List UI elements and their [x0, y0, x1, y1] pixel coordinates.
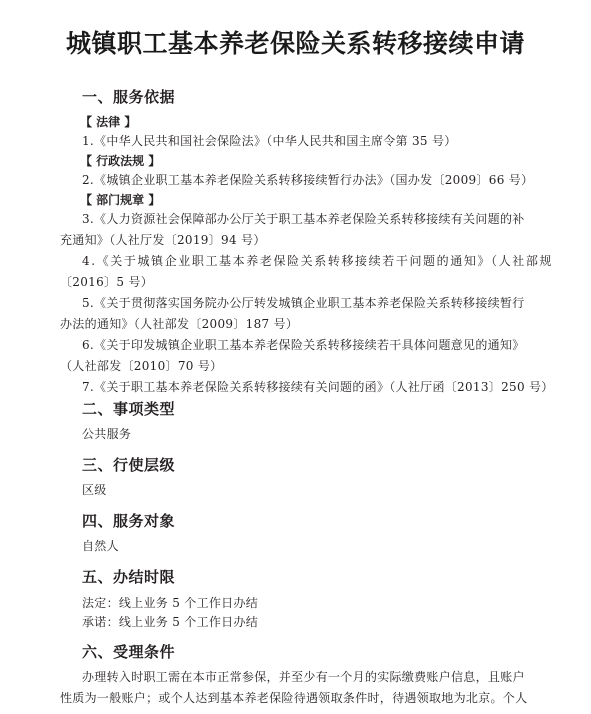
section-heading-acceptance-conditions: 六、受理条件 [82, 641, 175, 662]
section-heading-item-type: 二、事项类型 [82, 398, 175, 419]
basis-item-1: 1.《中华人民共和国社会保险法》（中华人民共和国主席令第 35 号） [82, 132, 457, 149]
item-type-value: 公共服务 [82, 425, 131, 442]
category-tag-law: 【 法律 】 [80, 113, 136, 130]
basis-item-6-line1: 6.《关于印发城镇企业职工基本养老保险关系转移接续若干具体问题意见的通知》 [82, 336, 525, 353]
basis-item-2: 2.《城镇企业职工基本养老保险关系转移接续暂行办法》（国办发〔2009〕66 号… [82, 171, 533, 188]
basis-item-6-line2: （人社部发〔2010〕70 号） [60, 357, 222, 374]
acceptance-conditions-line2: 性质为一般账户；或个人达到基本养老保险待遇领取条件时，待遇领取地为北京。个人 [60, 689, 527, 706]
basis-item-4-line1: 4.《关于城镇企业职工基本养老保险关系转移接续若干问题的通知》（人社部规 [82, 252, 553, 269]
section-heading-service-basis: 一、服务依据 [82, 86, 175, 107]
acceptance-conditions-line1: 办理转入时职工需在本市正常参保，并至少有一个月的实际缴费账户信息，且账户 [82, 668, 525, 685]
service-target-value: 自然人 [82, 537, 119, 554]
basis-item-3-line1: 3.《人力资源社会保障部办公厅关于职工基本养老保险关系转移接续有关问题的补 [82, 210, 525, 227]
basis-item-5-line2: 办法的通知》（人社部发〔2009〕187 号） [60, 315, 298, 332]
basis-item-3-line2: 充通知》（人社厅发〔2019〕94 号） [60, 231, 266, 248]
section-heading-processing-time: 五、办结时限 [82, 566, 175, 587]
document-page: 城镇职工基本养老保险关系转移接续申请 一、服务依据 【 法律 】 1.《中华人民… [0, 0, 591, 714]
document-title: 城镇职工基本养老保险关系转移接续申请 [0, 24, 591, 60]
basis-item-4-line2: 〔2016〕5 号） [60, 273, 153, 290]
basis-item-7: 7.《关于职工基本养老保险关系转移接续有关问题的函》（人社厅函〔2013〕250… [82, 378, 554, 395]
processing-time-promised: 承诺：线上业务 5 个工作日办结 [82, 613, 258, 630]
section-heading-exercise-level: 三、行使层级 [82, 454, 175, 475]
category-tag-administrative-regulation: 【 行政法规 】 [80, 152, 160, 169]
exercise-level-value: 区级 [82, 481, 107, 498]
section-heading-service-target: 四、服务对象 [82, 510, 175, 531]
basis-item-5-line1: 5.《关于贯彻落实国务院办公厅转发城镇企业职工基本养老保险关系转移接续暂行 [82, 294, 525, 311]
processing-time-statutory: 法定：线上业务 5 个工作日办结 [82, 594, 258, 611]
category-tag-department-rules: 【 部门规章 】 [80, 191, 160, 208]
